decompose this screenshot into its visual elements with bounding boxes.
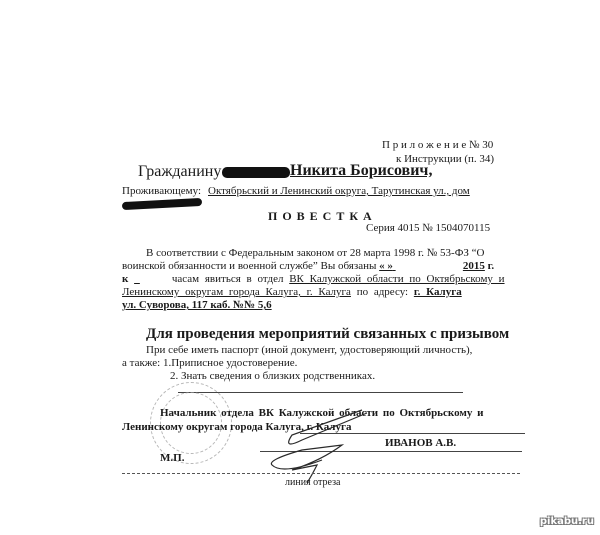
appendix-line-1: П р и л о ж е н и е № 30 [382,139,493,151]
address-street: ул. Суворова, 117 каб. №№ 5,6 [122,299,272,311]
separator-line [178,392,463,393]
addressee-name: Никита Борисович, [290,162,432,180]
watermark: pikabu.ru [540,516,594,527]
body-line-2: воинской обязанности и военной службе” В… [122,260,494,272]
office-name-part-1: ВК Калужской области по Октябрьскому и [289,273,504,285]
also-line: а также: 1.Приписное удостоверение. [122,357,297,369]
residence-label: Проживающему: [122,185,201,197]
requirement-item-2: 2. Знать сведения о близких родственника… [170,370,375,382]
redacted-house-number [122,198,202,210]
signatory-name: ИВАНОВ А.В. [385,437,456,449]
residence-value: Октябрьский и Ленинский округа, Тарутинс… [208,185,470,197]
bring-documents-line: При себе иметь паспорт (иной документ, у… [146,344,472,356]
cut-line-label: линия отреза [285,477,340,488]
time-prefix: к [122,273,128,285]
address-label: по адресу: [357,286,408,298]
address-city: г. Калуга [414,286,462,298]
summons-series: Серия 4015 № 1504070115 [366,222,490,234]
purpose-heading: Для проведения мероприятий связанных с п… [146,326,509,343]
redacted-surname [222,167,290,178]
time-blank [134,273,166,285]
addressee-prefix: Гражданину [138,163,221,181]
appearance-year: 2015 [463,260,485,272]
body-line-3: к часам явиться в отдел ВК Калужской обл… [122,273,505,285]
body-line-1: В соответствии с Федеральным законом от … [146,247,484,259]
year-suffix: г. [488,260,495,272]
seal-label: М.П. [160,452,184,464]
date-blank [393,260,463,272]
body-line-2-text: воинской обязанности и военной службе” В… [122,260,376,272]
body-line-3-text: часам явиться в отдел [172,273,284,285]
cut-line [122,473,520,474]
appearance-date: « » [379,260,393,272]
body-line-4: Ленинскому округам города Калуга, г. Кал… [122,286,462,298]
summons-title: П О В Е С Т К А [268,209,373,224]
office-name-part-2: Ленинскому округам города Калуга, г. Кал… [122,286,351,298]
